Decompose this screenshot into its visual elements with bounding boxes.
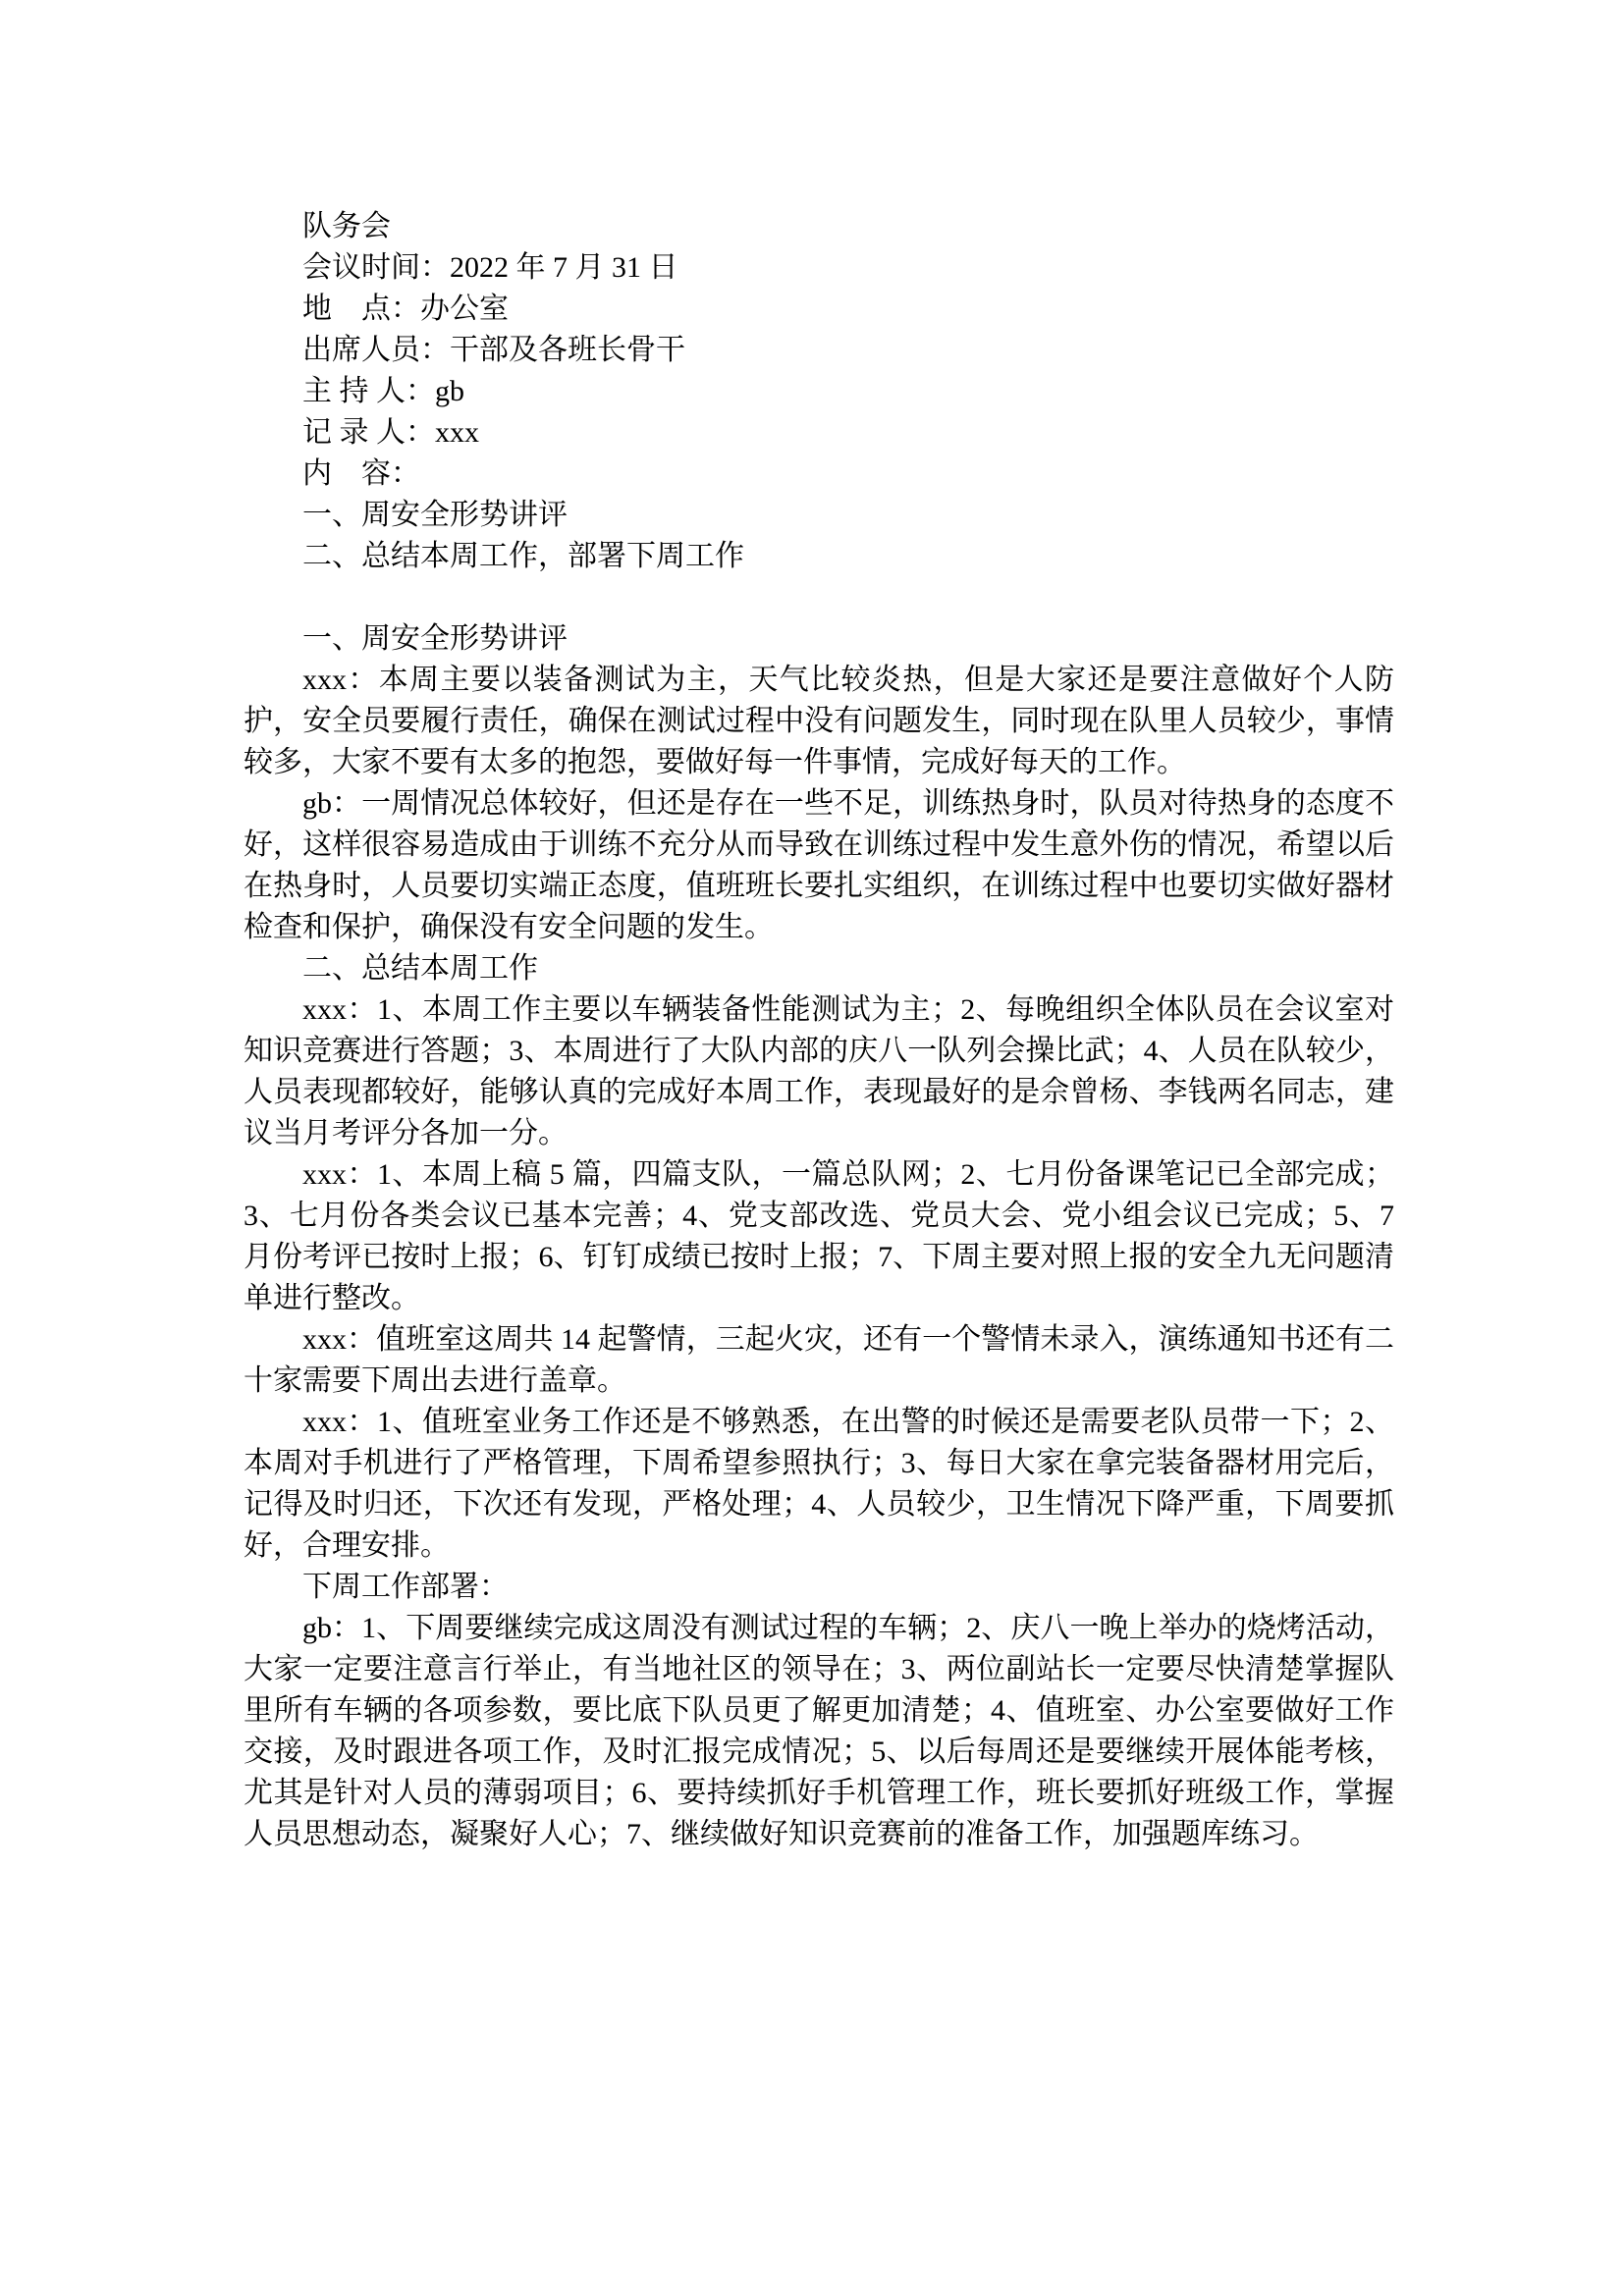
- deploy-paragraph-gb: gb：1、下周要继续完成这周没有测试过程的车辆；2、庆八一晚上举办的烧烤活动，大…: [244, 1608, 1394, 1855]
- section2-paragraph-3: xxx：值班室这周共 14 起警情，三起火灾，还有一个警情未录入，演练通知书还有…: [244, 1319, 1394, 1402]
- host-line: 主 持 人：gb: [244, 371, 1394, 412]
- deploy-heading: 下周工作部署：: [244, 1567, 1394, 1608]
- section1-paragraph-gb: gb：一周情况总体较好，但还是存在一些不足，训练热身时，队员对待热身的态度不好，…: [244, 783, 1394, 948]
- location-line: 地 点：办公室: [244, 289, 1394, 330]
- content-label-line: 内 容：: [244, 454, 1394, 495]
- section2-paragraph-2: xxx：1、本周上稿 5 篇，四篇支队，一篇总队网；2、七月份备课笔记已全部完成…: [244, 1154, 1394, 1319]
- agenda-item-1: 一、周安全形势讲评: [244, 495, 1394, 536]
- section2-paragraph-1: xxx：1、本周工作主要以车辆装备性能测试为主；2、每晚组织全体队员在会议室对知…: [244, 989, 1394, 1154]
- meeting-minutes-document: 队务会 会议时间：2022 年 7 月 31 日 地 点：办公室 出席人员：干部…: [244, 206, 1394, 1855]
- section1-paragraph-xxx: xxx：本周主要以装备测试为主，天气比较炎热，但是大家还是要注意做好个人防护，安…: [244, 660, 1394, 783]
- recorder-line: 记 录 人：xxx: [244, 412, 1394, 454]
- document-page: 队务会 会议时间：2022 年 7 月 31 日 地 点：办公室 出席人员：干部…: [0, 0, 1624, 2296]
- attendees-line: 出席人员：干部及各班长骨干: [244, 330, 1394, 371]
- section2-heading: 二、总结本周工作: [244, 948, 1394, 989]
- section2-paragraph-4: xxx：1、值班室业务工作还是不够熟悉，在出警的时候还是需要老队员带一下；2、本…: [244, 1402, 1394, 1567]
- meeting-time-line: 会议时间：2022 年 7 月 31 日: [244, 247, 1394, 289]
- agenda-item-2: 二、总结本周工作，部署下周工作: [244, 536, 1394, 577]
- section1-heading: 一、周安全形势讲评: [244, 618, 1394, 660]
- blank-line: [244, 577, 1394, 618]
- doc-title: 队务会: [244, 206, 1394, 247]
